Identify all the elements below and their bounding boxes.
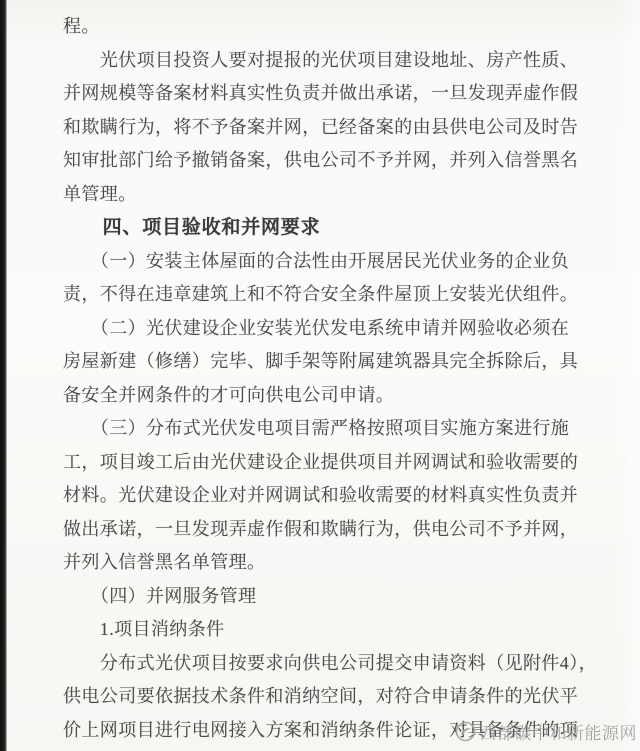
text-line: 单管理。 xyxy=(63,178,593,212)
text-line: 工，项目竣工后由光伏建设企业提供项目并网调试和验收需要的 xyxy=(63,446,593,480)
text-line: 1.项目消纳条件 xyxy=(63,613,593,647)
watermark: 西部碳中和新能源网 xyxy=(455,719,638,744)
text-line: （三）分布式光伏发电项目需严格按照项目实施方案进行施 xyxy=(63,412,593,446)
text-line: （一）安装主体屋面的合法性由开展居民光伏业务的企业负 xyxy=(63,245,593,279)
text-line: 房屋新建（修缮）完毕、脚手架等附属建筑器具完全拆除后，具 xyxy=(63,345,593,379)
text-line: 分布式光伏项目按要求向供电公司提交申请资料（见附件4）， xyxy=(63,647,593,681)
scan-left-edge xyxy=(0,0,7,751)
text-line: （二）光伏建设企业安装光伏发电系统申请并网验收必须在 xyxy=(63,312,593,346)
text-line: 并列入信誉黑名单管理。 xyxy=(63,546,593,580)
text-line: 责，不得在违章建筑上和不符合安全条件屋顶上安装光伏组件。 xyxy=(63,278,593,312)
text-line: 光伏项目投资人要对提报的光伏项目建设地址、房产性质、 xyxy=(63,44,593,78)
text-line: 知审批部门给予撤销备案，供电公司不予并网，并列入信誉黑名 xyxy=(63,144,593,178)
heading-line: 四、项目验收和并网要求 xyxy=(63,211,593,245)
text-line: 程。 xyxy=(63,10,593,44)
text-line: 备安全并网条件的才可向供电公司申请。 xyxy=(63,379,593,413)
text-line: 和欺瞒行为，将不予备案并网，已经备案的由县供电公司及时告 xyxy=(63,111,593,145)
text-line: 做出承诺，一旦发现弄虚作假和欺瞒行为，供电公司不予并网， xyxy=(63,513,593,547)
document-content: 程。 光伏项目投资人要对提报的光伏项目建设地址、房产性质、并网规模等备案材料真实… xyxy=(63,0,593,747)
watermark-text: 西部碳中和新能源网 xyxy=(480,719,638,744)
watermark-swirl-logo-icon xyxy=(455,721,476,742)
text-line: （四）并网服务管理 xyxy=(63,580,593,614)
text-line: 材料。光伏建设企业对并网调试和验收需要的材料真实性负责并 xyxy=(63,479,593,513)
document-page: 程。 光伏项目投资人要对提报的光伏项目建设地址、房产性质、并网规模等备案材料真实… xyxy=(0,0,640,751)
text-line: 供电公司要依据技术条件和消纳空间，对符合申请条件的光伏平 xyxy=(63,680,593,714)
text-line: 并网规模等备案材料真实性负责并做出承诺，一旦发现弄虚作假 xyxy=(63,77,593,111)
scan-right-edge xyxy=(614,0,640,751)
